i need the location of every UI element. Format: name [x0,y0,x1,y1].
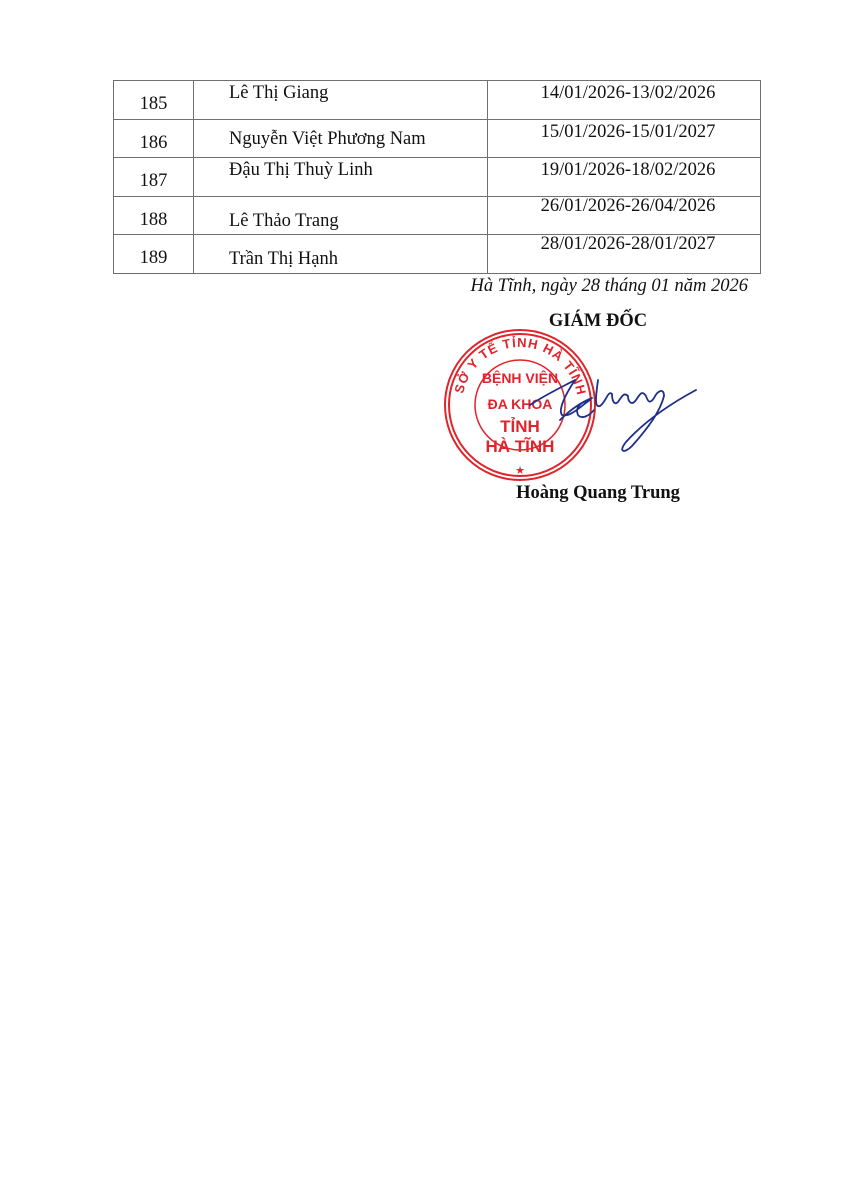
row-number: 187 [114,171,193,192]
period: 26/01/2026-26/04/2026 [488,196,760,217]
stt-cell: 186 [114,119,194,158]
name-cell: Đậu Thị Thuỳ Linh [194,158,488,197]
table-row: 186 Nguyễn Việt Phương Nam 15/01/2026-15… [114,119,761,158]
stt-cell: 188 [114,196,194,235]
handwritten-signature [520,360,700,460]
signer-name: Hoàng Quang Trung [490,483,706,504]
row-number: 188 [114,210,193,231]
name-cell: Lê Thảo Trang [194,196,488,235]
staff-name: Đậu Thị Thuỳ Linh [229,160,373,181]
period-cell: 14/01/2026-13/02/2026 [488,81,761,120]
table-row: 189 Trần Thị Hạnh 28/01/2026-28/01/2027 [114,235,761,274]
table-row: 185 Lê Thị Giang 14/01/2026-13/02/2026 [114,81,761,120]
svg-text:★: ★ [515,465,525,477]
period-cell: 15/01/2026-15/01/2027 [488,119,761,158]
period-cell: 28/01/2026-28/01/2027 [488,235,761,274]
name-cell: Nguyễn Việt Phương Nam [194,119,488,158]
place-date-line: Hà Tĩnh, ngày 28 tháng 01 năm 2026 [400,276,748,297]
table-row: 187 Đậu Thị Thuỳ Linh 19/01/2026-18/02/2… [114,158,761,197]
document-page: 185 Lê Thị Giang 14/01/2026-13/02/2026 1… [0,0,849,1200]
stt-cell: 187 [114,158,194,197]
staff-name: Lê Thảo Trang [229,211,339,232]
period-cell: 26/01/2026-26/04/2026 [488,196,761,235]
staff-table: 185 Lê Thị Giang 14/01/2026-13/02/2026 1… [113,80,761,274]
period: 14/01/2026-13/02/2026 [488,83,760,104]
row-number: 186 [114,133,193,154]
stt-cell: 189 [114,235,194,274]
staff-name: Nguyễn Việt Phương Nam [229,129,426,150]
period: 28/01/2026-28/01/2027 [488,234,760,255]
row-number: 189 [114,248,193,269]
period-cell: 19/01/2026-18/02/2026 [488,158,761,197]
name-cell: Trần Thị Hạnh [194,235,488,274]
stt-cell: 185 [114,81,194,120]
staff-name: Trần Thị Hạnh [229,249,338,270]
table-row: 188 Lê Thảo Trang 26/01/2026-26/04/2026 [114,196,761,235]
period: 15/01/2026-15/01/2027 [488,122,760,143]
period: 19/01/2026-18/02/2026 [488,160,760,181]
row-number: 185 [114,94,193,115]
staff-name: Lê Thị Giang [229,83,328,104]
name-cell: Lê Thị Giang [194,81,488,120]
